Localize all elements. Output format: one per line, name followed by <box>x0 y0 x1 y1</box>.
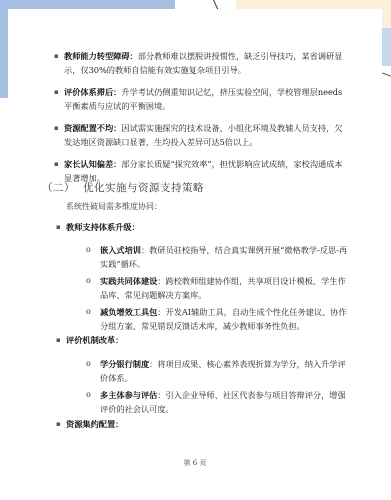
sub-item-title: 减负增效工具包 <box>100 307 157 317</box>
sub-item: o 多主体参与评估：引入企业导师、社区代表参与项目答辩评分，增强评价的社会认可度… <box>100 388 350 416</box>
problem-item: ▪ 教师能力转型障碍：部分教师难以摆脱讲授惯性，缺乏引导技巧，某省调研显示，仅3… <box>64 49 349 77</box>
bullet-icon: ▪ <box>54 49 59 63</box>
sub-item: o 嵌入式培训：教研员驻校指导，结合真实课例开展“微格教学-反思-再实践”循环。 <box>100 243 350 271</box>
decorative-line <box>382 72 391 76</box>
bullet-icon: ▪ <box>56 220 61 234</box>
strategy-item: ▪ 教师支持体系升级： <box>66 220 351 234</box>
problem-title: 教师能力转型障碍 <box>64 51 130 61</box>
sub-item-title: 学分银行制度 <box>100 359 149 369</box>
bullet-icon: ▪ <box>56 333 61 347</box>
circle-bullet-icon: o <box>86 243 91 257</box>
bullet-icon: ▪ <box>54 157 59 171</box>
strategy-item: ▪ 资源集约配置： <box>66 417 351 431</box>
bullet-icon: ▪ <box>54 121 59 135</box>
circle-bullet-icon: o <box>86 388 91 402</box>
sub-item: o 实践共同体建设：跨校教师组建协作组，共享项目设计模板、学生作品库、常见问题解… <box>100 274 350 302</box>
document-page: ▪ 教师能力转型障碍：部分教师难以摆脱讲授惯性，缺乏引导技巧，某省调研显示，仅3… <box>8 9 382 500</box>
problem-title: 家长认知偏差 <box>64 159 113 169</box>
sub-item-title: 实践共同体建设 <box>100 276 157 286</box>
circle-bullet-icon: o <box>86 357 91 371</box>
strategy-title: 教师支持体系升级： <box>66 222 140 232</box>
sub-item-title: 多主体参与评估 <box>100 390 157 400</box>
section-intro: 系统性破局需多维度协同： <box>66 200 162 214</box>
strategy-item: ▪ 评价机制改革： <box>66 333 351 347</box>
circle-bullet-icon: o <box>86 274 91 288</box>
sub-item-title: 嵌入式培训 <box>100 245 141 255</box>
problem-item: ▪ 评价体系滞后：升学考试仍侧重知识记忆，挤压实验空间，学校管理层needs平衡… <box>64 85 349 113</box>
circle-bullet-icon: o <box>86 305 91 319</box>
background-lightblue-panel <box>382 28 391 66</box>
page-number: 第 6 页 <box>8 456 382 470</box>
bullet-icon: ▪ <box>54 85 59 99</box>
decorative-line <box>213 0 218 9</box>
problem-title: 资源配置不均 <box>64 123 113 133</box>
bullet-icon: ▪ <box>56 417 61 431</box>
strategy-title: 资源集约配置： <box>66 419 123 429</box>
problem-title: 评价体系滞后 <box>64 87 113 97</box>
section-number: （二） <box>42 182 75 194</box>
problem-item: ▪ 资源配置不均：因试需实施探究的技术设备、小组化环境及教辅人员支持，欠发达地区… <box>64 121 349 149</box>
sub-item: o 减负增效工具包：开发AI辅助工具，自动生成个性化任务建议、协作分组方案、常见… <box>100 305 350 333</box>
sub-item: o 学分银行制度：将项目成果、核心素养表现折算为学分，纳入升学评价体系。 <box>100 357 350 385</box>
strategy-title: 评价机制改革： <box>66 335 123 345</box>
section-title: 优化实施与资源支持策略 <box>83 182 204 194</box>
section-heading: （二）优化实施与资源支持策略 <box>42 181 204 195</box>
